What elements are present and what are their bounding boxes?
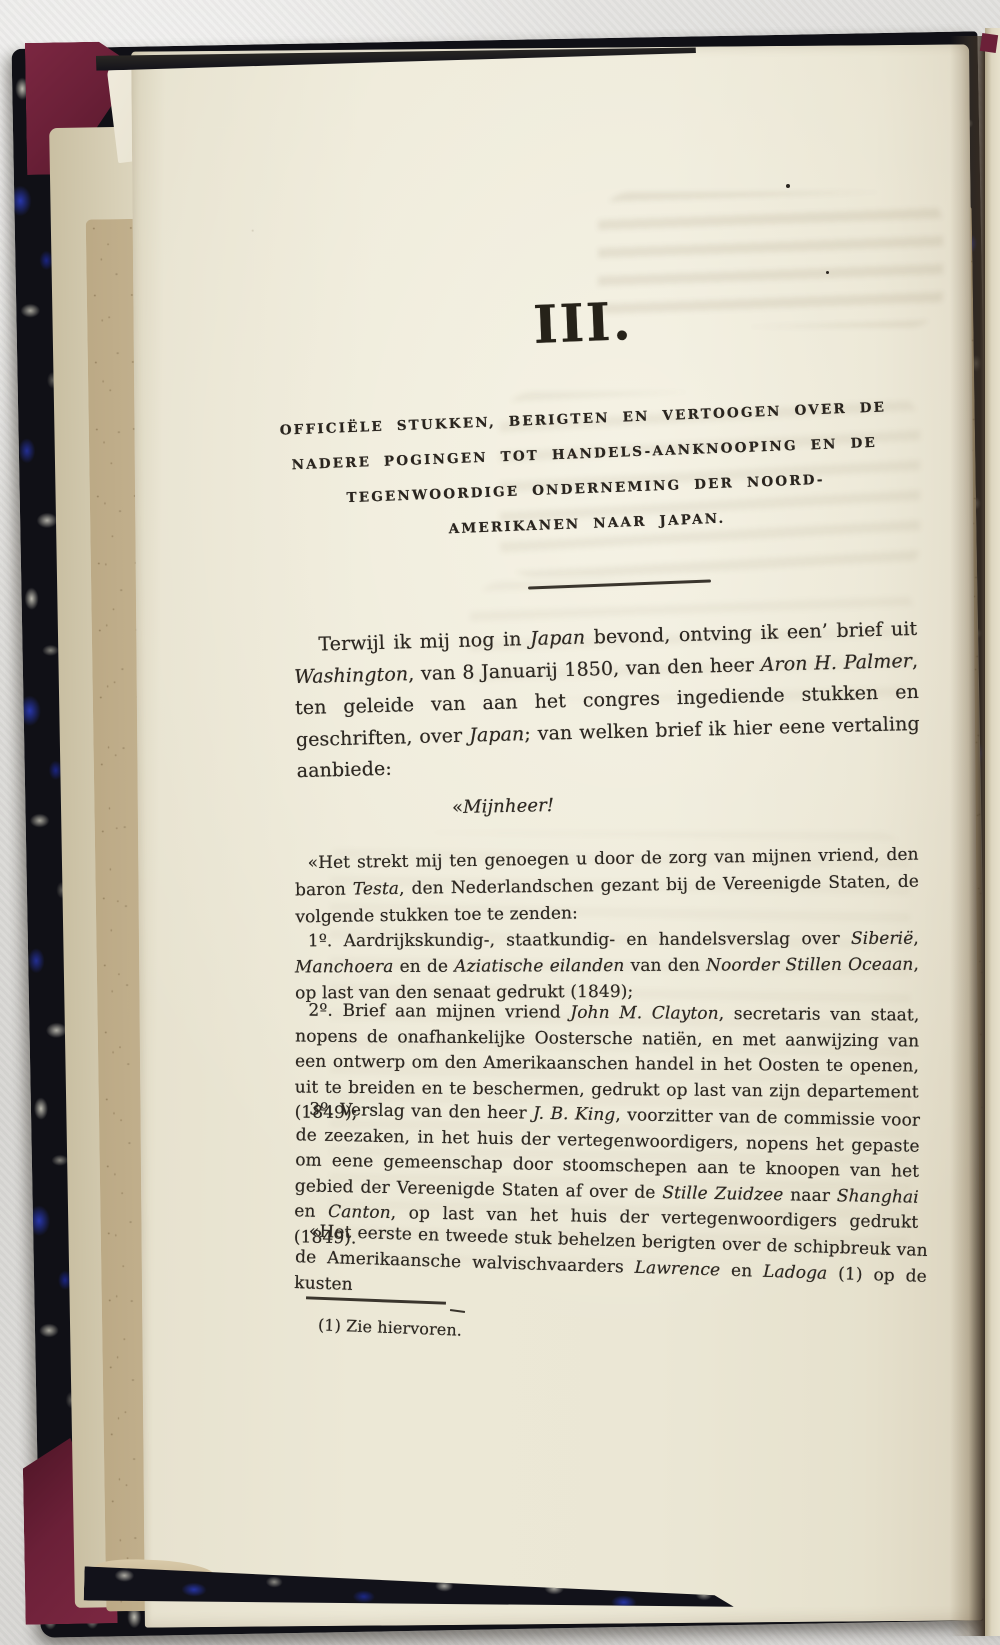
book-photo: III. OFFICIËLE STUKKEN, BERIGTEN EN VERT… — [0, 0, 1000, 1645]
ink-speck — [786, 184, 790, 188]
facing-cover-corner — [980, 33, 998, 53]
gutter-shadow — [950, 36, 986, 1636]
letter-item-1: 1º. Aardrijkskundig-, staatkundig- en ha… — [295, 926, 919, 1007]
ink-speck — [826, 271, 829, 274]
salutation: «Mijnheer! — [452, 795, 555, 818]
letter-opening-paragraph: «Het strekt mij ten genoegen u door de z… — [294, 842, 919, 932]
intro-paragraph: Terwijl ik mij nog in Japan bevond, ontv… — [293, 614, 921, 788]
section-title: OFFICIËLE STUKKEN, BERIGTEN EN VERTOOGEN… — [271, 390, 900, 554]
facing-page-edge — [985, 28, 1000, 1636]
